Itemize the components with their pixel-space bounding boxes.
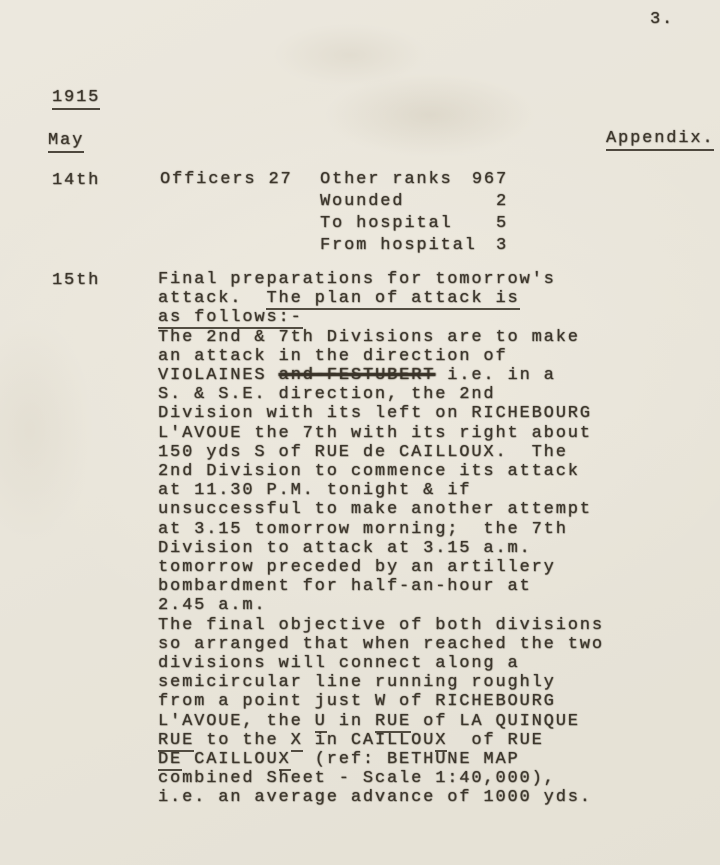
appendix-label: Appendix. — [606, 129, 714, 151]
casualty-value: 3 — [496, 235, 508, 257]
diary-line: from a point just W of RICHEBOURG — [158, 692, 618, 711]
diary-text: at 11.30 P.M. tonight & if — [158, 481, 471, 500]
diary-text: i.e. in a — [435, 366, 556, 385]
casualty-row: Wounded2 — [320, 191, 508, 213]
diary-text: in — [327, 712, 375, 731]
diary-line: tomorrow preceded by an artillery — [158, 558, 618, 577]
diary-line: Final preparations for tomorrow's — [158, 270, 618, 289]
diary-text: 2.45 a.m. — [158, 596, 266, 615]
diary-text: to the — [194, 731, 290, 750]
underlined-text: The plan of attack is — [266, 289, 519, 310]
diary-text: VIOLAINES — [158, 366, 279, 385]
diary-line: divisions will connect along a — [158, 654, 618, 673]
casualty-value: 5 — [496, 213, 508, 235]
diary-line: The 2nd & 7th Divisions are to make — [158, 328, 618, 347]
diary-line: The final objective of both divisions — [158, 616, 618, 635]
diary-text: attack. — [158, 289, 266, 308]
entry-15-date: 15th — [52, 271, 100, 290]
diary-text: tomorrow preceded by an artillery — [158, 558, 556, 577]
casualty-label: Wounded — [320, 191, 404, 213]
diary-line: combined Sheet - Scale 1:40,000), — [158, 769, 618, 788]
diary-line: at 11.30 P.M. tonight & if — [158, 481, 618, 500]
diary-line: an attack in the direction of — [158, 347, 618, 366]
diary-line: as follows:- — [158, 308, 618, 327]
diary-text: unsuccessful to make another attempt — [158, 500, 592, 519]
diary-line: Division with its left on RICHEBOURG — [158, 404, 618, 423]
casualty-value: 2 — [496, 191, 508, 213]
underlined-text: as follows:- — [158, 308, 303, 329]
casualty-value: 967 — [472, 169, 508, 191]
month-label: May — [48, 131, 84, 153]
diary-text: Division with its left on RICHEBOURG — [158, 404, 592, 423]
diary-text: bombardment for half-an-hour at — [158, 577, 532, 596]
diary-line: 150 yds S of RUE de CAILLOUX. The — [158, 443, 618, 462]
casualty-label: From hospital — [320, 235, 477, 257]
diary-line: VIOLAINES and-FESTUBERT i.e. in a — [158, 366, 618, 385]
officers-count: Officers 27 — [160, 169, 293, 191]
diary-text: in CAILLOU — [303, 731, 436, 750]
diary-text: The 2nd & 7th Divisions are to make — [158, 328, 580, 347]
diary-text: from a point just W of RICHEBOURG — [158, 692, 556, 711]
diary-line: 2.45 a.m. — [158, 596, 618, 615]
diary-line: i.e. an average advance of 1000 yds. — [158, 788, 618, 807]
diary-text: L'AVOUE the 7th with its right about — [158, 424, 592, 443]
diary-text: of LA QUINQUE — [411, 712, 580, 731]
diary-line: L'AVOUE the 7th with its right about — [158, 424, 618, 443]
diary-text: CAILLOU — [182, 750, 278, 769]
casualty-label: To hospital — [320, 213, 453, 235]
appendix-text: Appendix. — [606, 129, 714, 151]
year-text: 1915 — [52, 88, 100, 110]
diary-text: L'AVOUE, the — [158, 712, 315, 731]
diary-text: at 3.15 tomorrow morning; the 7th — [158, 520, 568, 539]
diary-text: 150 yds S of RUE de CAILLOUX. The — [158, 443, 568, 462]
diary-text: combined Sheet - Scale 1:40,000), — [158, 769, 556, 788]
diary-line: so arranged that when reached the two — [158, 635, 618, 654]
page-number: 3. — [650, 10, 674, 29]
document-page: 3. 1915 May Appendix. 14th Officers 27 O… — [0, 0, 720, 865]
diary-text: The final objective of both divisions — [158, 616, 604, 635]
diary-text: of RUE — [447, 731, 543, 750]
diary-text: (ref: BETHUNE MAP — [291, 750, 520, 769]
diary-text: i.e. an average advance of 1000 yds. — [158, 788, 592, 807]
underlined-text: X — [291, 731, 303, 752]
casualty-table: Other ranks967Wounded2To hospital5From h… — [320, 169, 508, 257]
entry-14-date: 14th — [52, 171, 100, 190]
diary-text: an attack in the direction of — [158, 347, 508, 366]
diary-line: RUE to the X in CAILLOUX of RUE — [158, 731, 618, 750]
casualty-row: To hospital5 — [320, 213, 508, 235]
diary-text: Final preparations for tomorrow's — [158, 270, 556, 289]
diary-text: divisions will connect along a — [158, 654, 520, 673]
diary-line: Division to attack at 3.15 a.m. — [158, 539, 618, 558]
underlined-text: X — [435, 731, 447, 752]
diary-text: so arranged that when reached the two — [158, 635, 604, 654]
diary-line: semicircular line running roughly — [158, 673, 618, 692]
casualty-label: Other ranks — [320, 169, 453, 191]
diary-text: semicircular line running roughly — [158, 673, 556, 692]
underlined-text: DE — [158, 750, 182, 771]
diary-line: unsuccessful to make another attempt — [158, 500, 618, 519]
underlined-text: U — [315, 712, 327, 733]
diary-line: 2nd Division to commence its attack — [158, 462, 618, 481]
diary-text: S. & S.E. direction, the 2nd — [158, 385, 495, 404]
diary-line: L'AVOUE, the U in RUE of LA QUINQUE — [158, 712, 618, 731]
diary-paragraph: Final preparations for tomorrow'sattack.… — [158, 270, 618, 808]
casualty-row: From hospital3 — [320, 235, 508, 257]
year-label: 1915 — [52, 88, 100, 110]
month-text: May — [48, 131, 84, 153]
underlined-text: X — [279, 750, 291, 771]
underlined-text: RUE — [158, 731, 194, 752]
diary-line: DE CAILLOUX (ref: BETHUNE MAP — [158, 750, 618, 769]
diary-line: at 3.15 tomorrow morning; the 7th — [158, 520, 618, 539]
struck-text: and-FESTUBERT — [279, 366, 436, 385]
diary-line: attack. The plan of attack is — [158, 289, 618, 308]
diary-line: bombardment for half-an-hour at — [158, 577, 618, 596]
diary-text: 2nd Division to commence its attack — [158, 462, 580, 481]
casualty-row: Other ranks967 — [320, 169, 508, 191]
diary-text: Division to attack at 3.15 a.m. — [158, 539, 532, 558]
diary-line: S. & S.E. direction, the 2nd — [158, 385, 618, 404]
underlined-text: RUE — [375, 712, 411, 733]
